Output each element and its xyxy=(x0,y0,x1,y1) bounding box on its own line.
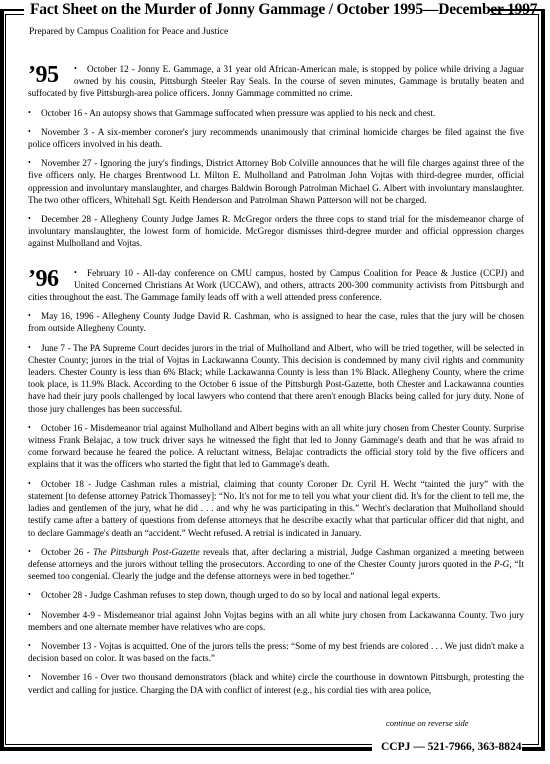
timeline-entry: •November 16 - Over two thousand demonst… xyxy=(28,671,524,695)
bullet-icon: • xyxy=(28,546,41,558)
timeline-entry: •June 7 - The PA Supreme Court decides j… xyxy=(28,342,524,415)
publication-title: The Pittsburgh Post-Gazette xyxy=(93,547,200,557)
section-1995: ’95 •October 12 - Jonny E. Gammage, a 31… xyxy=(28,63,524,250)
timeline-entry: •October 26 - The Pittsburgh Post-Gazett… xyxy=(28,546,524,583)
year-heading: ’95 xyxy=(28,63,72,87)
bullet-icon: • xyxy=(28,589,41,601)
bullet-icon: • xyxy=(28,157,41,169)
timeline-entry: •November 4-9 - Misdemeanor trial agains… xyxy=(28,609,524,633)
bullet-icon: • xyxy=(74,267,87,279)
timeline-entry: •October 18 - Judge Cashman rules a mist… xyxy=(28,478,524,539)
bullet-icon: • xyxy=(28,422,41,434)
timeline-entry: •May 16, 1996 - Allegheny County Judge D… xyxy=(28,310,524,334)
publication-abbrev: P-G xyxy=(494,559,509,569)
timeline-entry: •October 28 - Judge Cashman refuses to s… xyxy=(28,589,524,601)
bullet-icon: • xyxy=(74,63,87,75)
page-title: Fact Sheet on the Murder of Jonny Gammag… xyxy=(30,1,537,19)
section-spacer xyxy=(28,257,524,267)
footer-contact: CCPJ — 521-7966, 363-8824 xyxy=(381,741,522,753)
bullet-icon: • xyxy=(28,478,41,490)
timeline-entry: •November 27 - Ignoring the jury's findi… xyxy=(28,157,524,206)
continue-note: continue on reverse side xyxy=(386,718,469,728)
bullet-icon: • xyxy=(28,342,41,354)
timeline-content: ’95 •October 12 - Jonny E. Gammage, a 31… xyxy=(28,63,524,703)
timeline-entry: •February 10 - All-day conference on CMU… xyxy=(28,267,524,304)
bullet-icon: • xyxy=(28,213,41,225)
timeline-entry: •October 12 - Jonny E. Gammage, a 31 yea… xyxy=(28,63,524,100)
bullet-icon: • xyxy=(28,671,41,683)
timeline-entry: •November 13 - Vojtas is acquitted. One … xyxy=(28,640,524,664)
page-subtitle: Prepared by Campus Coalition for Peace a… xyxy=(29,27,228,37)
year-heading: ’96 xyxy=(28,267,72,291)
bullet-icon: • xyxy=(28,310,41,322)
bullet-icon: • xyxy=(28,107,41,119)
timeline-entry: •November 3 - A six-member coroner's jur… xyxy=(28,126,524,150)
bullet-icon: • xyxy=(28,609,41,621)
bullet-icon: • xyxy=(28,126,41,138)
section-1996: ’96 •February 10 - All-day conference on… xyxy=(28,267,524,696)
timeline-entry: •October 16 - An autopsy shows that Gamm… xyxy=(28,107,524,119)
timeline-entry: •December 28 - Allegheny County Judge Ja… xyxy=(28,213,524,250)
timeline-entry: •October 16 - Misdemeanor trial against … xyxy=(28,422,524,471)
bullet-icon: • xyxy=(28,640,41,652)
